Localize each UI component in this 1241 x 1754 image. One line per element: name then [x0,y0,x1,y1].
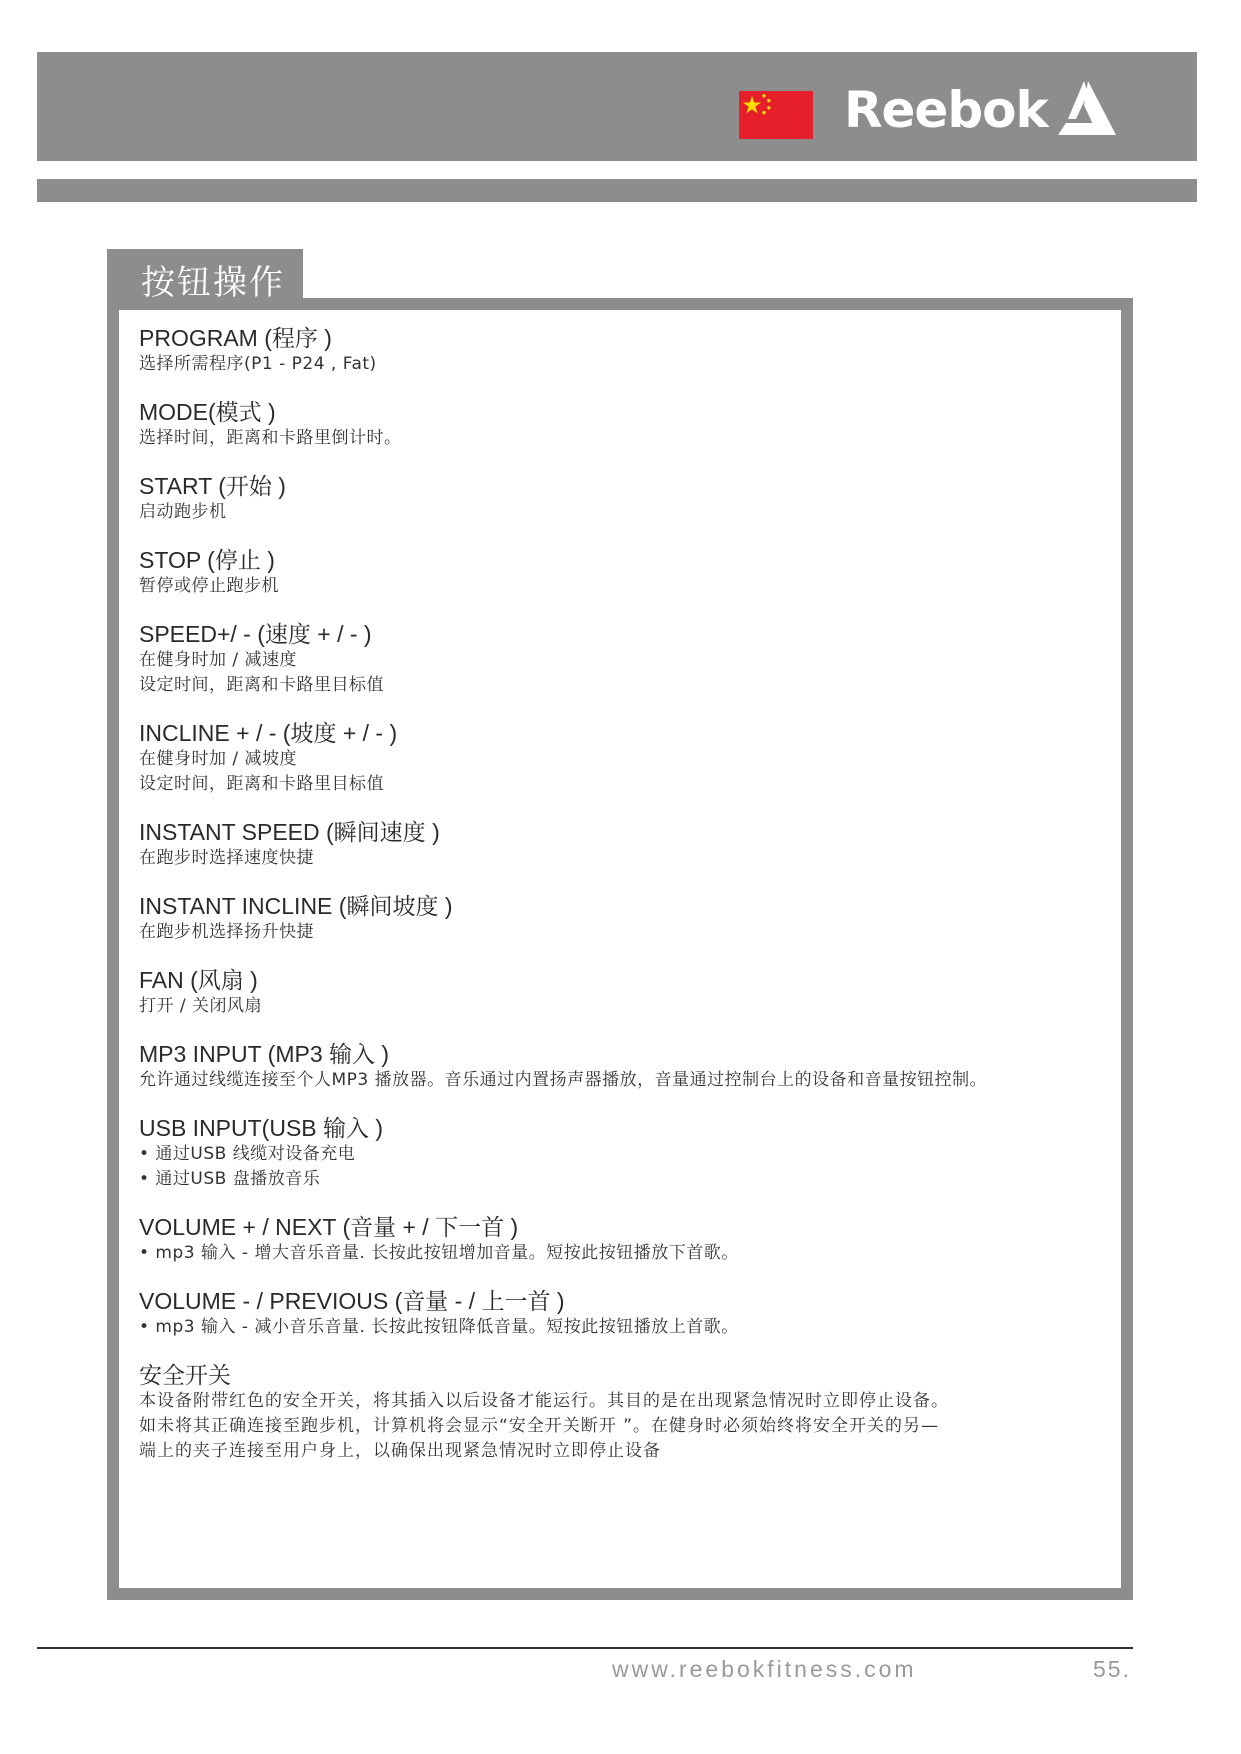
reebok-logo: Reebok [844,80,1118,140]
item-usb-input: USB INPUT(USB 输入 ) • 通过USB 线缆对设备充电 • 通过U… [139,1115,1119,1192]
item-description: 选择所需程序(P1 - P24 , Fat) [139,352,1119,377]
item-description: 如未将其正确连接至跑步机，计算机将会显示“安全开关断开 ”。在健身时必须始终将安… [139,1414,1119,1439]
item-title: INSTANT SPEED (瞬间速度 ) [139,819,1119,846]
item-volume-next: VOLUME + / NEXT (音量 + / 下一首 ) • mp3 输入 -… [139,1214,1119,1266]
item-speed: SPEED+/ - (速度 + / - ) 在健身时加 / 减速度 设定时间，距… [139,621,1119,698]
item-instant-incline: INSTANT INCLINE (瞬间坡度 ) 在跑步机选择扬升快捷 [139,893,1119,945]
reebok-delta-icon [1054,79,1118,142]
section-title: 按钮操作 [141,255,285,304]
brand-name: Reebok [844,80,1048,140]
item-description: 暂停或停止跑步机 [139,574,1119,599]
header-sub-bar [37,179,1197,202]
item-title: MP3 INPUT (MP3 输入 ) [139,1041,1119,1068]
item-title: INCLINE + / - (坡度 + / - ) [139,720,1119,747]
item-mp3-input: MP3 INPUT (MP3 输入 ) 允许通过线缆连接至个人MP3 播放器。音… [139,1041,1119,1093]
item-description: 在跑步机选择扬升快捷 [139,920,1119,945]
item-bullet: • mp3 输入 - 减小音乐音量. 长按此按钮降低音量。短按此按钮播放上首歌。 [139,1315,1119,1340]
item-description: 在跑步时选择速度快捷 [139,846,1119,871]
item-title: USB INPUT(USB 输入 ) [139,1115,1119,1142]
item-start: START (开始 ) 启动跑步机 [139,473,1119,525]
item-stop: STOP (停止 ) 暂停或停止跑步机 [139,547,1119,599]
item-description: 在健身时加 / 减坡度 [139,747,1119,772]
item-title: 安全开关 [139,1362,1119,1389]
item-description: 端上的夹子连接至用户身上，以确保出现紧急情况时立即停止设备 [139,1439,1119,1464]
item-fan: FAN (风扇 ) 打开 / 关闭风扇 [139,967,1119,1019]
item-volume-previous: VOLUME - / PREVIOUS (音量 - / 上一首 ) • mp3 … [139,1288,1119,1340]
item-description: 启动跑步机 [139,500,1119,525]
item-title: STOP (停止 ) [139,547,1119,574]
item-description: 设定时间，距离和卡路里目标值 [139,772,1119,797]
item-title: MODE(模式 ) [139,399,1119,426]
page-number: 55. [1093,1656,1131,1683]
item-bullet: • 通过USB 盘播放音乐 [139,1167,1119,1192]
item-title: SPEED+/ - (速度 + / - ) [139,621,1119,648]
item-description: 设定时间，距离和卡路里目标值 [139,673,1119,698]
item-title: VOLUME - / PREVIOUS (音量 - / 上一首 ) [139,1288,1119,1315]
item-bullet: • mp3 输入 - 增大音乐音量. 长按此按钮增加音量。短按此按钮播放下首歌。 [139,1241,1119,1266]
item-incline: INCLINE + / - (坡度 + / - ) 在健身时加 / 减坡度 设定… [139,720,1119,797]
item-description: 本设备附带红色的安全开关，将其插入以后设备才能运行。其目的是在出现紧急情况时立即… [139,1389,1119,1414]
item-description: 允许通过线缆连接至个人MP3 播放器。音乐通过内置扬声器播放，音量通过控制台上的… [139,1068,1119,1093]
item-description: 打开 / 关闭风扇 [139,994,1119,1019]
china-flag-icon [739,91,813,139]
item-bullet: • 通过USB 线缆对设备充电 [139,1142,1119,1167]
item-description: 选择时间，距离和卡路里倒计时。 [139,426,1119,451]
item-title: FAN (风扇 ) [139,967,1119,994]
footer-url: www.reebokfitness.com [612,1656,917,1683]
item-mode: MODE(模式 ) 选择时间，距离和卡路里倒计时。 [139,399,1119,451]
item-safety-key: 安全开关 本设备附带红色的安全开关，将其插入以后设备才能运行。其目的是在出现紧急… [139,1362,1119,1464]
item-description: 在健身时加 / 减速度 [139,648,1119,673]
item-instant-speed: INSTANT SPEED (瞬间速度 ) 在跑步时选择速度快捷 [139,819,1119,871]
item-title: PROGRAM (程序 ) [139,325,1119,352]
footer-divider [37,1647,1133,1649]
button-operations-list: PROGRAM (程序 ) 选择所需程序(P1 - P24 , Fat) MOD… [139,325,1119,1486]
section-tab: 按钮操作 [107,249,303,301]
item-program: PROGRAM (程序 ) 选择所需程序(P1 - P24 , Fat) [139,325,1119,377]
item-title: START (开始 ) [139,473,1119,500]
item-title: VOLUME + / NEXT (音量 + / 下一首 ) [139,1214,1119,1241]
item-title: INSTANT INCLINE (瞬间坡度 ) [139,893,1119,920]
